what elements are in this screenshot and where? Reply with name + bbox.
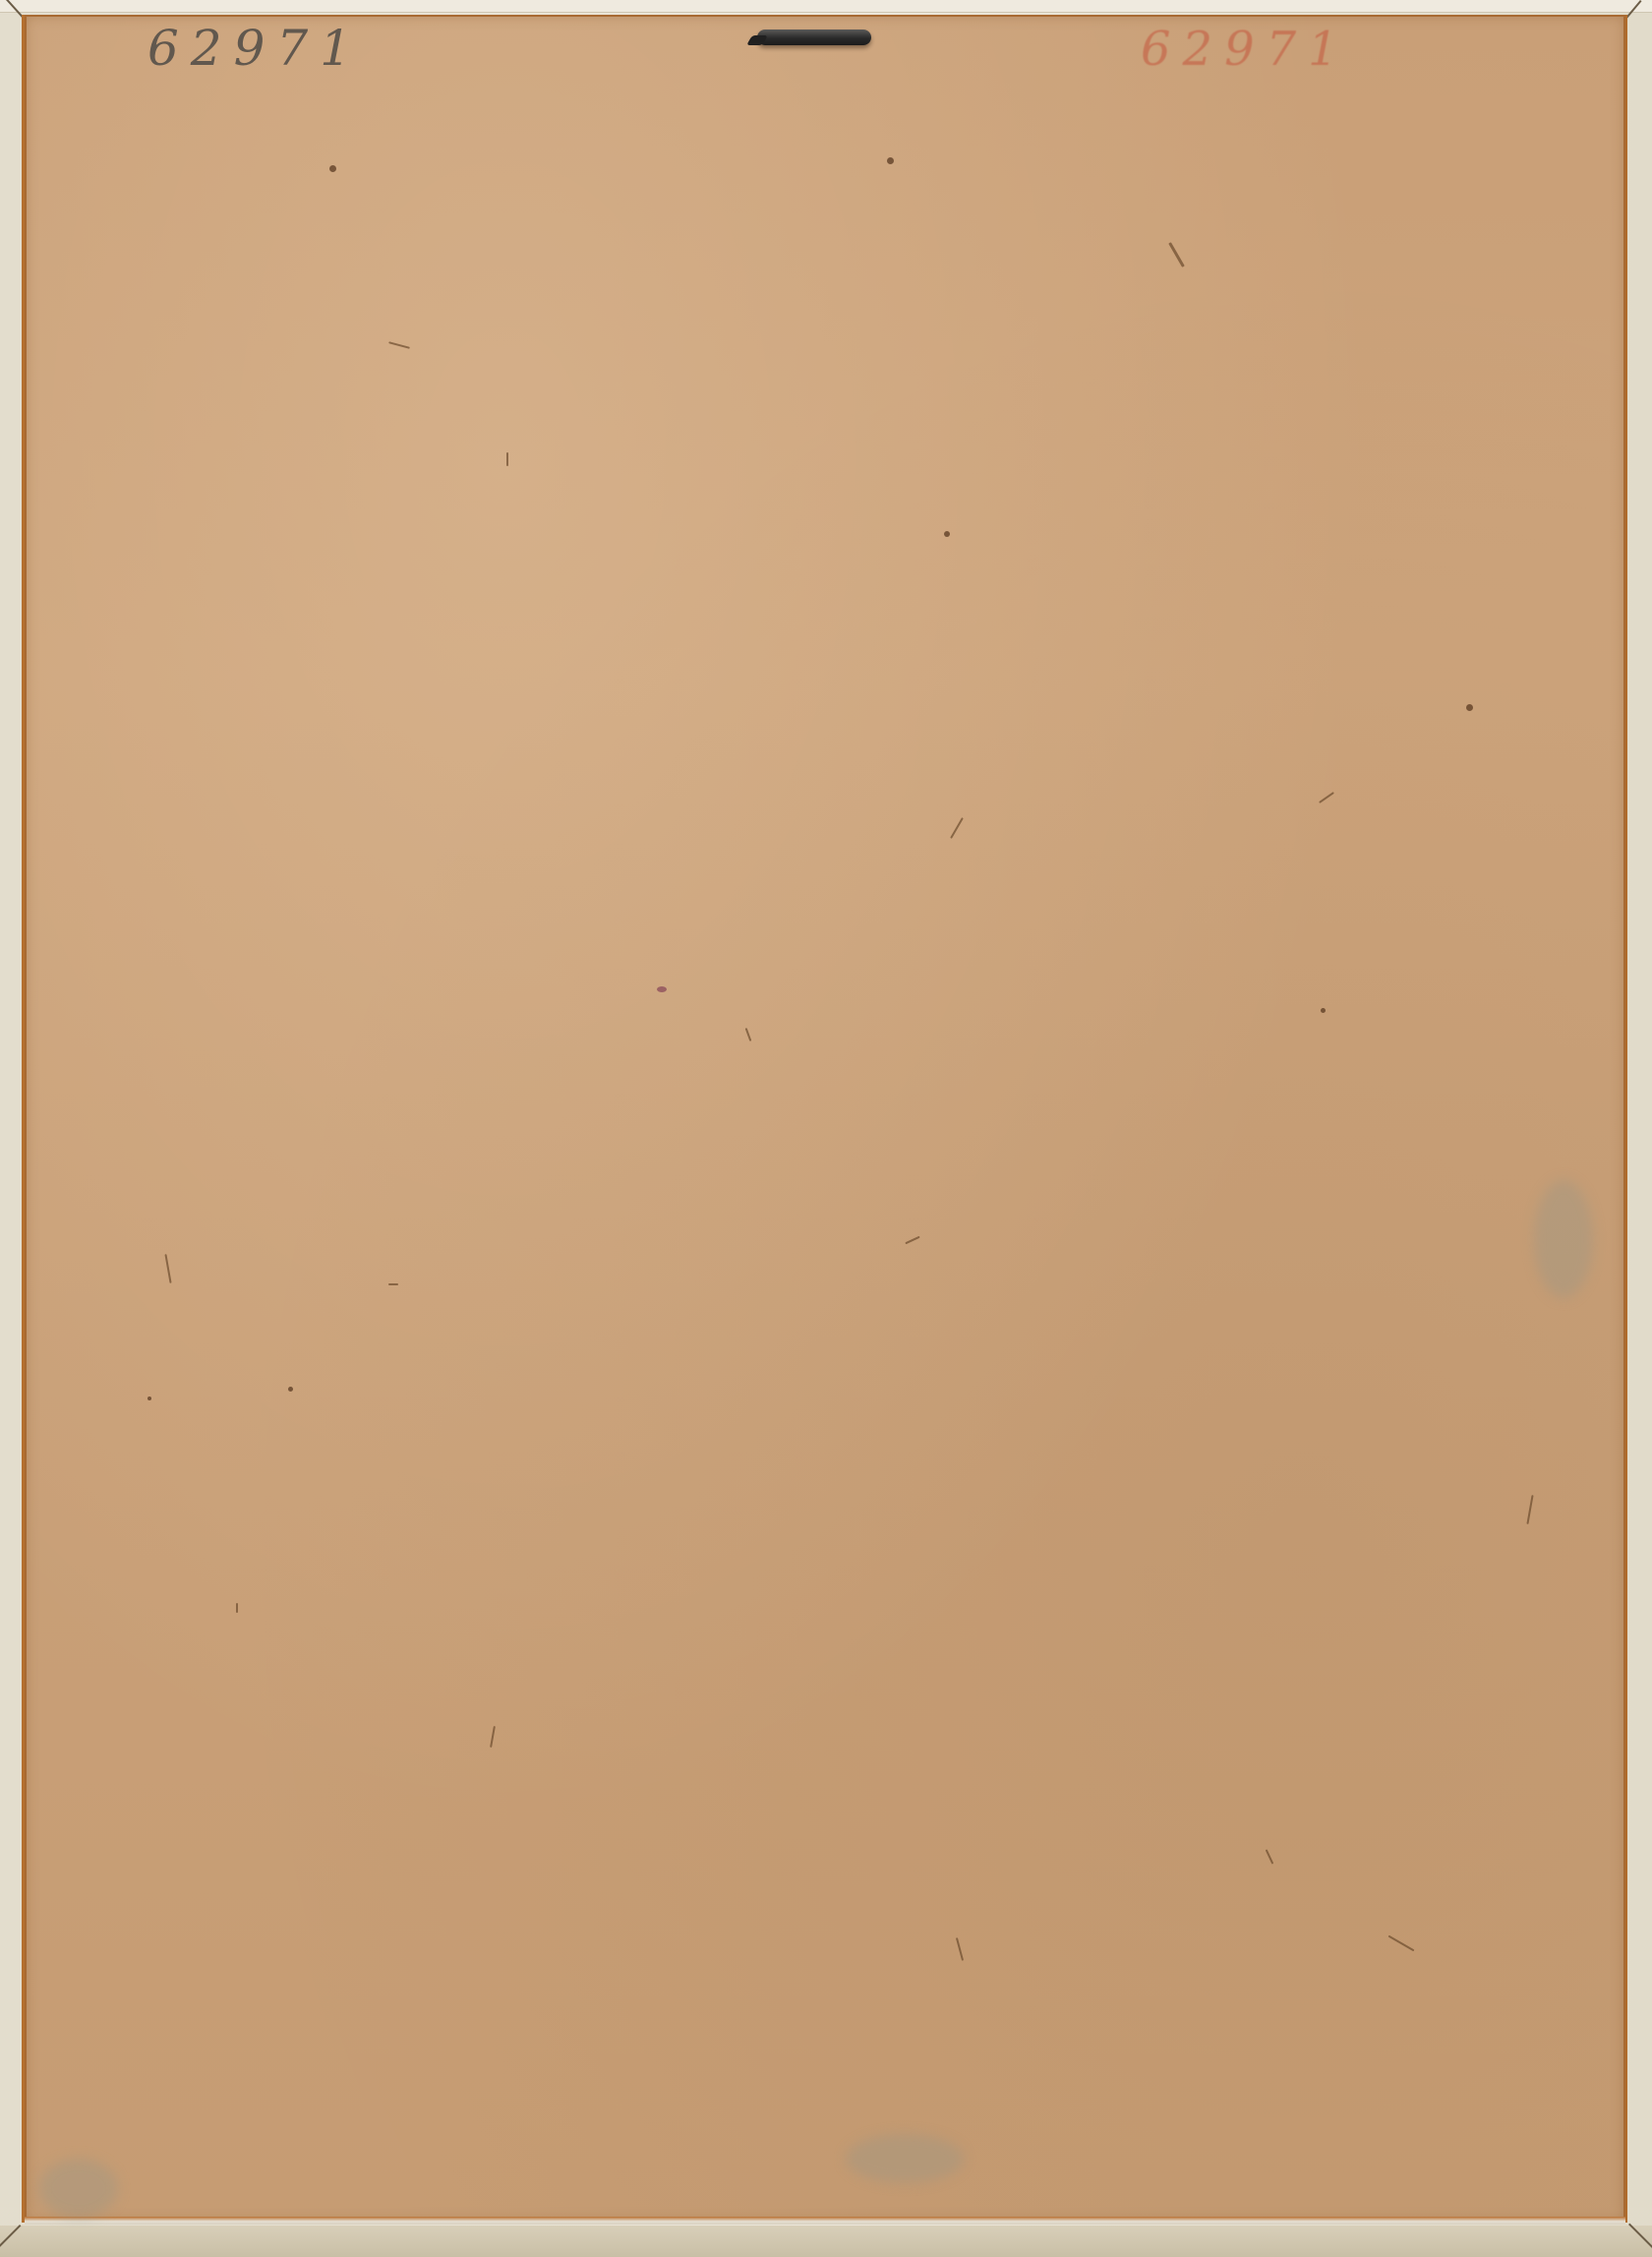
hanger-icon xyxy=(757,30,871,45)
hardboard-backing xyxy=(25,15,1625,2223)
red-crayon-inventory-number: 62971 xyxy=(1141,22,1350,77)
board-edge-bottom xyxy=(25,2217,1625,2225)
frame-bottom-rail xyxy=(0,2226,1652,2257)
pencil-inventory-number: 62971 xyxy=(147,20,363,77)
frame-top-rail xyxy=(0,0,1652,13)
